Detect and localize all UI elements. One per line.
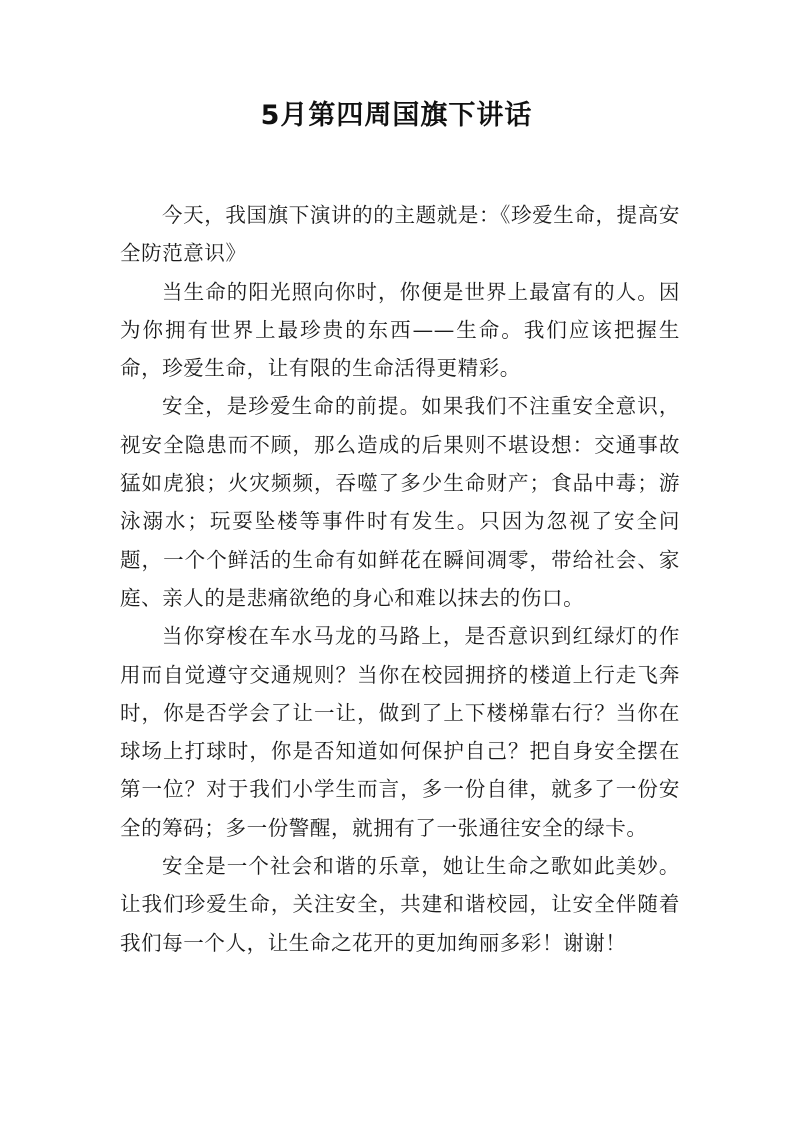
paragraph-safety-premise: 安全，是珍爱生命的前提。如果我们不注重安全意识，视安全隐患而不顾，那么造成的后果… [120, 387, 680, 617]
document-title: 5月第四周国旗下讲话 [0, 96, 793, 136]
document-body: 今天，我国旗下演讲的的主题就是：《珍爱生命，提高安全防范意识》 当生命的阳光照向… [120, 196, 680, 962]
paragraph-theme: 今天，我国旗下演讲的的主题就是：《珍爱生命，提高安全防范意识》 [120, 196, 680, 273]
document-page: 5月第四周国旗下讲话 今天，我国旗下演讲的的主题就是：《珍爱生命，提高安全防范意… [0, 0, 793, 1122]
paragraph-safety-questions: 当你穿梭在车水马龙的马路上，是否意识到红绿灯的作用而自觉遵守交通规则？当你在校园… [120, 617, 680, 847]
paragraph-closing: 安全是一个社会和谐的乐章，她让生命之歌如此美妙。让我们珍爱生命，关注安全，共建和… [120, 847, 680, 962]
paragraph-sunshine-of-life: 当生命的阳光照向你时，你便是世界上最富有的人。因为你拥有世界上最珍贵的东西——生… [120, 273, 680, 388]
